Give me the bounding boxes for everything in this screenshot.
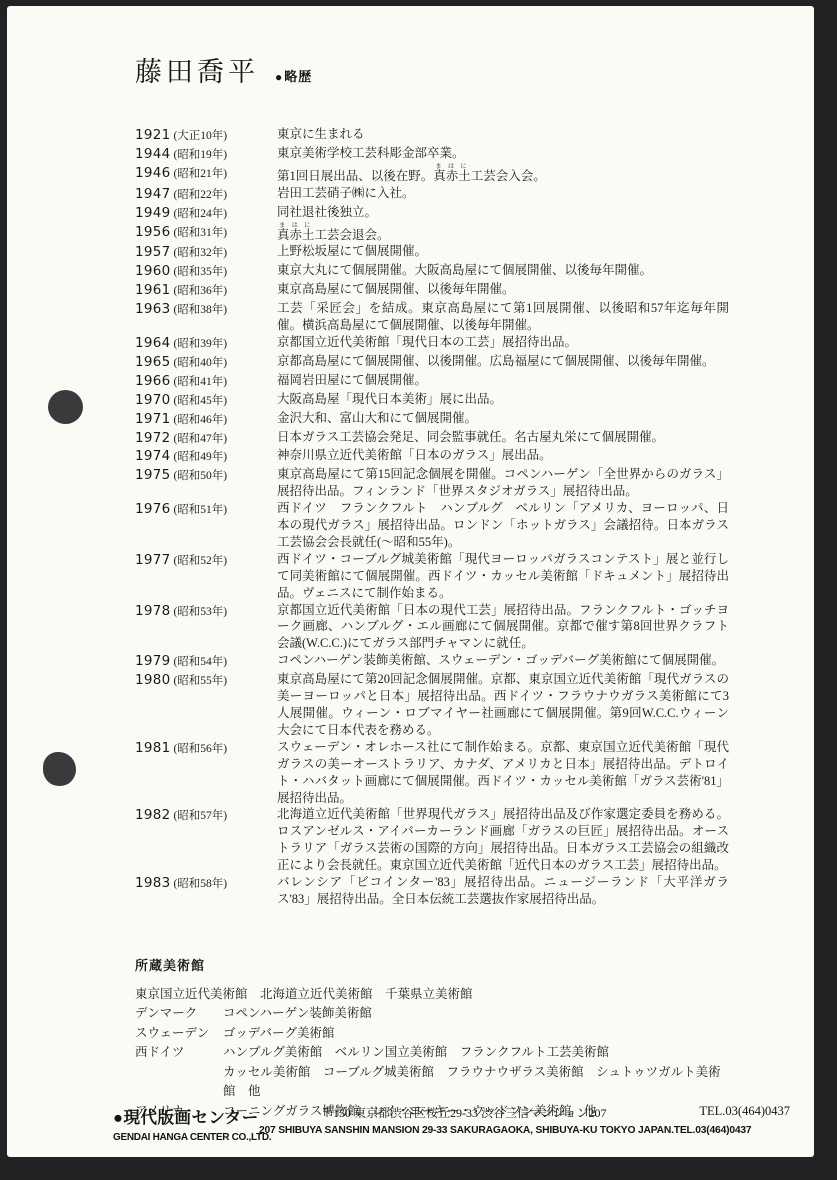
museum-names: ゴッデバーグ美術館 [223, 1024, 728, 1044]
entry-text: 東京美術学校工芸科彫金部卒業。 [277, 145, 729, 164]
museum-row: 東京国立近代美術館 北海道立近代美術館 千葉県立美術館 [135, 985, 735, 1005]
page-title: 藤田喬平 [135, 50, 259, 89]
entry-era: (昭和47年) [171, 433, 228, 445]
furigana-term: 真赤土まはに [433, 169, 471, 183]
entry-year-column: 1972 (昭和47年) [135, 429, 277, 448]
entry-era: (昭和49年) [171, 451, 228, 463]
entry-year-column: 1977 (昭和52年) [135, 551, 277, 602]
entry-year: 1983 [135, 875, 171, 891]
entry-era: (昭和19年) [171, 149, 228, 161]
chronology-entry: 1977 (昭和52年)西ドイツ・コーブルグ城美術館「現代ヨーロッパガラスコンテ… [135, 551, 735, 602]
chronology-entry: 1960 (昭和35年)東京大丸にて個展開催。大阪高島屋にて個展開催、以後毎年開… [135, 262, 735, 281]
publisher-address-block: 〒150 東京都渋谷区桜丘29-33 渋谷三信マンション207 TEL.03(4… [259, 1104, 810, 1143]
entry-text: 京都高島屋にて個展開催、以後開催。広島福屋にて個展開催、以後毎年開催。 [277, 353, 729, 372]
entry-text: 西ドイツ フランクフルト ハンブルグ ベルリン「アメリカ、ヨーロッパ、日本の現代… [277, 500, 729, 551]
museum-region: スウェーデン [135, 1024, 223, 1044]
entry-era: (昭和55年) [171, 675, 228, 687]
entry-year: 1956 [135, 224, 171, 240]
entry-text: 神奈川県立近代美術館「日本のガラス」展出品。 [277, 447, 729, 466]
entry-era: (昭和36年) [171, 285, 228, 297]
entry-text: 同社退社後独立。 [277, 204, 729, 223]
entry-text: 東京に生まれる [277, 126, 729, 145]
entry-text: 真赤土まはに工芸会退会。 [277, 223, 729, 244]
entry-text: 工芸「采匠会」を結成。東京高島屋にて第1回展開催、以後昭和57年迄毎年開催。横浜… [277, 300, 729, 334]
chronology-entry: 1921 (大正10年)東京に生まれる [135, 126, 735, 145]
chronology-entry: 1983 (昭和58年)バレンシア「ビコインター'83」展招待出品。ニュージーラ… [135, 874, 735, 908]
entry-year-column: 1971 (昭和46年) [135, 410, 277, 429]
entry-year-column: 1966 (昭和41年) [135, 372, 277, 391]
entry-era: (昭和51年) [171, 504, 228, 516]
document-content: 藤田喬平 ●略歴 1921 (大正10年)東京に生まれる1944 (昭和19年)… [135, 50, 735, 1121]
entry-year-column: 1946 (昭和21年) [135, 164, 277, 185]
museum-row: 西ドイツハンブルグ美術館 ベルリン国立美術館 フランクフルト工芸美術館 カッセル… [135, 1043, 735, 1102]
entry-text: コペンハーゲン装飾美術館、スウェーデン・ゴッデバーグ美術館にて個展開催。 [277, 652, 729, 671]
entry-year-column: 1970 (昭和45年) [135, 391, 277, 410]
entry-year-column: 1949 (昭和24年) [135, 204, 277, 223]
entry-year-column: 1983 (昭和58年) [135, 874, 277, 908]
entry-year: 1961 [135, 282, 171, 298]
entry-era: (大正10年) [171, 130, 228, 142]
entry-year: 1974 [135, 448, 171, 464]
entry-text: スウェーデン・オレホース社にて制作始まる。京都、東京国立近代美術館「現代ガラスの… [277, 739, 729, 807]
entry-era: (昭和31年) [171, 227, 228, 239]
bullet-icon: ● [113, 1109, 123, 1127]
entry-year-column: 1979 (昭和54年) [135, 652, 277, 671]
entry-era: (昭和58年) [171, 878, 228, 890]
section-label-ryakureki: ●略歴 [275, 66, 312, 85]
furigana-term: 真赤土まはに [277, 228, 315, 242]
chronology-entry: 1946 (昭和21年)第1回日展出品、以後在野。真赤土まはに工芸会入会。 [135, 164, 735, 185]
entry-year-column: 1980 (昭和55年) [135, 671, 277, 739]
museum-names: ハンブルグ美術館 ベルリン国立美術館 フランクフルト工芸美術館 カッセル美術館 … [223, 1043, 728, 1102]
entry-era: (昭和38年) [171, 304, 228, 316]
entry-text: 東京高島屋にて第15回記念個展を開催。コペンハーゲン「全世界からのガラス」展招待… [277, 466, 729, 500]
entry-era: (昭和45年) [171, 395, 228, 407]
phone-number: TEL.03(464)0437 [699, 1104, 810, 1121]
entry-year: 1921 [135, 127, 171, 143]
entry-year: 1970 [135, 392, 171, 408]
entry-era: (昭和22年) [171, 189, 228, 201]
entry-text: 京都国立近代美術館「現代日本の工芸」展招待出品。 [277, 334, 729, 353]
entry-text: 第1回日展出品、以後在野。真赤土まはに工芸会入会。 [277, 164, 729, 185]
entry-year: 1946 [135, 165, 171, 181]
publisher-name-jp: 現代版画センター [123, 1109, 258, 1127]
chronology-entry: 1971 (昭和46年)金沢大和、富山大和にて個展開催。 [135, 410, 735, 429]
chronology-entry: 1964 (昭和39年)京都国立近代美術館「現代日本の工芸」展招待出品。 [135, 334, 735, 353]
entry-year: 1960 [135, 263, 171, 279]
entry-year: 1947 [135, 186, 171, 202]
chronology-entry: 1972 (昭和47年)日本ガラス工芸協会発足、同会監事就任。名古屋丸栄にて個展… [135, 429, 735, 448]
museum-row: デンマークコペンハーゲン装飾美術館 [135, 1004, 735, 1024]
chronology-entry: 1982 (昭和57年)北海道立近代美術館「世界現代ガラス」展招待出品及び作家選… [135, 806, 735, 874]
entry-era: (昭和41年) [171, 376, 228, 388]
entry-text: 京都国立近代美術館「日本の現代工芸」展招待出品。フランクフルト・ゴッチヨーク画廊… [277, 602, 729, 653]
museum-names: 東京国立近代美術館 北海道立近代美術館 千葉県立美術館 [135, 985, 728, 1005]
entry-era: (昭和52年) [171, 555, 228, 567]
entry-year-column: 1981 (昭和56年) [135, 739, 277, 807]
entry-era: (昭和54年) [171, 656, 228, 668]
entry-year: 1963 [135, 301, 171, 317]
chronology-entry: 1981 (昭和56年)スウェーデン・オレホース社にて制作始まる。京都、東京国立… [135, 739, 735, 807]
entry-era: (昭和57年) [171, 810, 228, 822]
entry-year: 1980 [135, 672, 171, 688]
entry-year: 1971 [135, 411, 171, 427]
document-header: 藤田喬平 ●略歴 [135, 50, 735, 89]
entry-year-column: 1974 (昭和49年) [135, 447, 277, 466]
entry-year-column: 1963 (昭和38年) [135, 300, 277, 334]
entry-year-column: 1957 (昭和32年) [135, 243, 277, 262]
publisher-footer: ●現代版画センター GENDAI HANGA CENTER CO.,LTD. 〒… [113, 1104, 810, 1143]
entry-year-column: 1964 (昭和39年) [135, 334, 277, 353]
chronology-entry: 1947 (昭和22年)岩田工芸硝子㈱に入社。 [135, 185, 735, 204]
address-jp: 〒150 東京都渋谷区桜丘29-33 渋谷三信マンション207 [321, 1104, 606, 1121]
entry-text: バレンシア「ビコインター'83」展招待出品。ニュージーランド「大平洋ガラス'83… [277, 874, 729, 908]
entry-year-column: 1965 (昭和40年) [135, 353, 277, 372]
entry-text: 東京高島屋にて第20回記念個展開催。京都、東京国立近代美術館「現代ガラスの美ーヨ… [277, 671, 729, 739]
museum-row: スウェーデンゴッデバーグ美術館 [135, 1024, 735, 1044]
chronology-entry: 1966 (昭和41年)福岡岩田屋にて個展開催。 [135, 372, 735, 391]
entry-era: (昭和35年) [171, 266, 228, 278]
publisher-logo-block: ●現代版画センター GENDAI HANGA CENTER CO.,LTD. [113, 1104, 241, 1143]
chronology-entry: 1961 (昭和36年)東京高島屋にて個展開催、以後毎年開催。 [135, 281, 735, 300]
entry-year: 1978 [135, 603, 171, 619]
chronology-entry: 1975 (昭和50年)東京高島屋にて第15回記念個展を開催。コペンハーゲン「全… [135, 466, 735, 500]
entry-text: 西ドイツ・コーブルグ城美術館「現代ヨーロッパガラスコンテスト」展と並行して同美術… [277, 551, 729, 602]
publisher-logo-en: GENDAI HANGA CENTER CO.,LTD. [113, 1132, 241, 1143]
entry-era: (昭和40年) [171, 357, 228, 369]
entry-year: 1976 [135, 501, 171, 517]
paper-sheet: 藤田喬平 ●略歴 1921 (大正10年)東京に生まれる1944 (昭和19年)… [7, 6, 814, 1157]
chronology-entry: 1949 (昭和24年)同社退社後独立。 [135, 204, 735, 223]
entry-era: (昭和53年) [171, 606, 228, 618]
entry-era: (昭和24年) [171, 208, 228, 220]
chronology-entry: 1980 (昭和55年)東京高島屋にて第20回記念個展開催。京都、東京国立近代美… [135, 671, 735, 739]
entry-era: (昭和32年) [171, 247, 228, 259]
entry-text: 東京大丸にて個展開催。大阪高島屋にて個展開催、以後毎年開催。 [277, 262, 729, 281]
entry-era: (昭和46年) [171, 414, 228, 426]
entry-year: 1949 [135, 205, 171, 221]
address-line-en: 207 SHIBUYA SANSHIN MANSION 29-33 SAKURA… [259, 1125, 810, 1136]
entry-year-column: 1976 (昭和51年) [135, 500, 277, 551]
entry-year-column: 1956 (昭和31年) [135, 223, 277, 244]
chronology-entry: 1976 (昭和51年)西ドイツ フランクフルト ハンブルグ ベルリン「アメリカ… [135, 500, 735, 551]
bullet-icon: ● [275, 70, 283, 84]
entry-year: 1981 [135, 740, 171, 756]
entry-era: (昭和21年) [171, 168, 228, 180]
entry-year-column: 1960 (昭和35年) [135, 262, 277, 281]
entry-year: 1982 [135, 807, 171, 823]
entry-year: 1972 [135, 430, 171, 446]
chronology-entry: 1974 (昭和49年)神奈川県立近代美術館「日本のガラス」展出品。 [135, 447, 735, 466]
entry-year-column: 1978 (昭和53年) [135, 602, 277, 653]
chronology-entry: 1978 (昭和53年)京都国立近代美術館「日本の現代工芸」展招待出品。フランク… [135, 602, 735, 653]
entry-year: 1975 [135, 467, 171, 483]
subtitle-text: 略歴 [284, 69, 312, 84]
entry-year: 1965 [135, 354, 171, 370]
chronology-entry: 1965 (昭和40年)京都高島屋にて個展開催、以後開催。広島福屋にて個展開催、… [135, 353, 735, 372]
museums-rows: 東京国立近代美術館 北海道立近代美術館 千葉県立美術館デンマークコペンハーゲン装… [135, 985, 735, 1122]
chronology-entry: 1963 (昭和38年)工芸「采匠会」を結成。東京高島屋にて第1回展開催、以後昭… [135, 300, 735, 334]
chronology-entry: 1957 (昭和32年)上野松坂屋にて個展開催。 [135, 243, 735, 262]
entry-year-column: 1944 (昭和19年) [135, 145, 277, 164]
chronology-entry: 1944 (昭和19年)東京美術学校工芸科彫金部卒業。 [135, 145, 735, 164]
chronology-entry: 1956 (昭和31年)真赤土まはに工芸会退会。 [135, 223, 735, 244]
entry-text: 金沢大和、富山大和にて個展開催。 [277, 410, 729, 429]
entry-year: 1944 [135, 146, 171, 162]
entry-year: 1977 [135, 552, 171, 568]
entry-text: 日本ガラス工芸協会発足、同会監事就任。名古屋丸栄にて個展開催。 [277, 429, 729, 448]
entry-text: 東京高島屋にて個展開催、以後毎年開催。 [277, 281, 729, 300]
entry-year: 1979 [135, 653, 171, 669]
entry-year-column: 1961 (昭和36年) [135, 281, 277, 300]
entry-text: 福岡岩田屋にて個展開催。 [277, 372, 729, 391]
museum-region: 西ドイツ [135, 1043, 223, 1102]
entry-year: 1957 [135, 244, 171, 260]
scanned-biography-page: { "colors": { "frame": "#222224", "paper… [0, 0, 837, 1180]
entry-era: (昭和50年) [171, 470, 228, 482]
entry-year: 1964 [135, 335, 171, 351]
address-line-jp: 〒150 東京都渋谷区桜丘29-33 渋谷三信マンション207 TEL.03(4… [259, 1104, 810, 1121]
entry-year-column: 1975 (昭和50年) [135, 466, 277, 500]
museums-heading: 所蔵美術館 [135, 955, 735, 974]
chronology-list: 1921 (大正10年)東京に生まれる1944 (昭和19年)東京美術学校工芸科… [135, 126, 735, 908]
entry-year: 1966 [135, 373, 171, 389]
museum-names: コペンハーゲン装飾美術館 [223, 1004, 728, 1024]
entry-era: (昭和39年) [171, 338, 228, 350]
entry-era: (昭和56年) [171, 743, 228, 755]
publisher-logo-jp: ●現代版画センター [113, 1104, 241, 1128]
entry-text: 大阪高島屋「現代日本美術」展に出品。 [277, 391, 729, 410]
punch-hole-mark-top [48, 390, 83, 424]
chronology-entry: 1970 (昭和45年)大阪高島屋「現代日本美術」展に出品。 [135, 391, 735, 410]
museums-section: 所蔵美術館 東京国立近代美術館 北海道立近代美術館 千葉県立美術館デンマークコペ… [135, 955, 735, 1122]
entry-year-column: 1947 (昭和22年) [135, 185, 277, 204]
entry-year-column: 1982 (昭和57年) [135, 806, 277, 874]
entry-text: 岩田工芸硝子㈱に入社。 [277, 185, 729, 204]
museum-region: デンマーク [135, 1004, 223, 1024]
entry-text: 北海道立近代美術館「世界現代ガラス」展招待出品及び作家選定委員を務める。ロスアン… [277, 806, 729, 874]
entry-year-column: 1921 (大正10年) [135, 126, 277, 145]
chronology-entry: 1979 (昭和54年)コペンハーゲン装飾美術館、スウェーデン・ゴッデバーグ美術… [135, 652, 735, 671]
entry-text: 上野松坂屋にて個展開催。 [277, 243, 729, 262]
punch-hole-mark-bottom [43, 752, 76, 786]
